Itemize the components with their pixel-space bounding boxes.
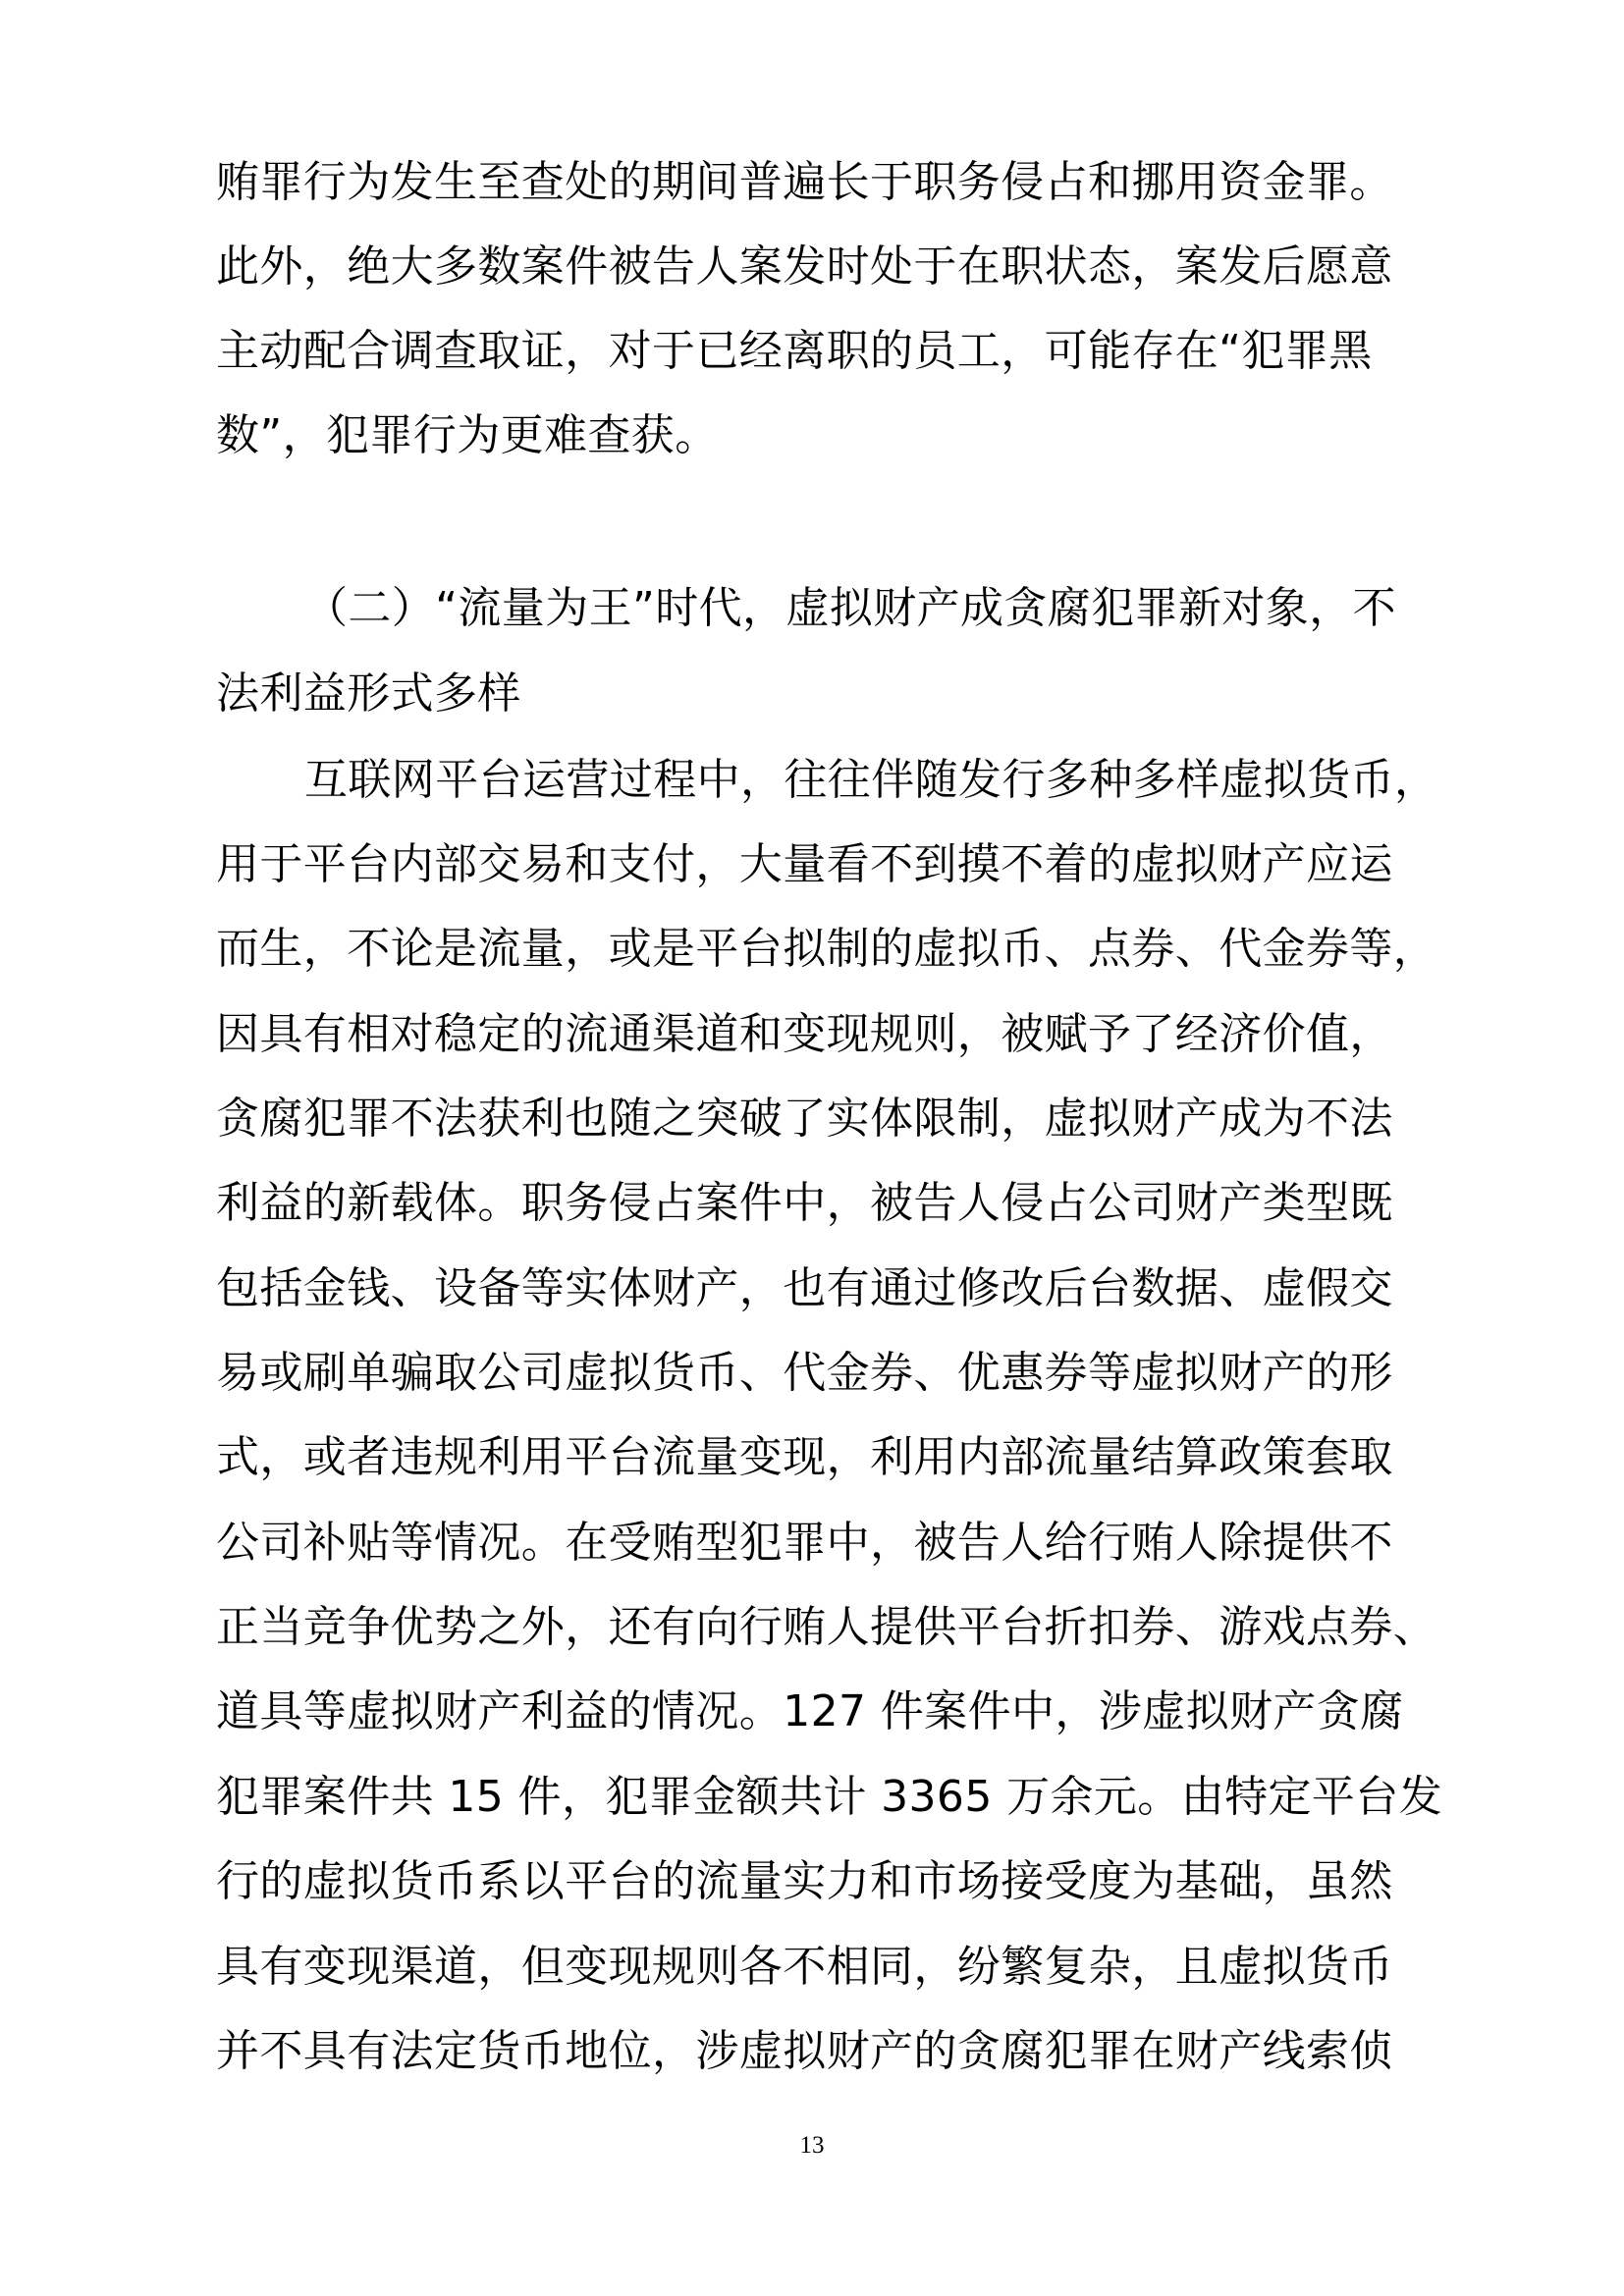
- text-line: 贪腐犯罪不法获利也随之突破了实体限制，虚拟财产成为不法: [216, 1090, 1414, 1148]
- text-line: 易或刷单骗取公司虚拟货币、代金券、优惠券等虚拟财产的形: [216, 1344, 1414, 1403]
- text-line: 具有变现渠道，但变现规则各不相同，纷繁复杂，且虚拟货币: [216, 1938, 1414, 1997]
- text-line: 用于平台内部交易和支付，大量看不到摸不着的虚拟财产应运: [216, 835, 1414, 894]
- heading-line: 法利益形式多样: [216, 665, 1414, 723]
- text-line: 而生，不论是流量，或是平台拟制的虚拟币、点券、代金券等，: [216, 920, 1414, 979]
- text-line: 包括金钱、设备等实体财产，也有通过修改后台数据、虚假交: [216, 1259, 1414, 1318]
- text-line: 利益的新载体。职务侵占案件中，被告人侵占公司财产类型既: [216, 1174, 1414, 1233]
- text-line: 行的虚拟货币系以平台的流量实力和市场接受度为基础，虽然: [216, 1852, 1414, 1911]
- text-line: 道具等虚拟财产利益的情况。127 件案件中，涉虚拟财产贪腐: [216, 1682, 1414, 1741]
- text-line: 正当竞争优势之外，还有向行贿人提供平台折扣券、游戏点券、: [216, 1598, 1414, 1657]
- text-line: 主动配合调查取证，对于已经离职的员工，可能存在“犯罪黑: [216, 322, 1414, 381]
- text-line: 此外，绝大多数案件被告人案发时处于在职状态，案发后愿意: [216, 238, 1414, 296]
- text-line: 贿罪行为发生至查处的期间普遍长于职务侵占和挪用资金罪。: [216, 153, 1414, 212]
- text-line: 因具有相对稳定的流通渠道和变现规则，被赋予了经济价值，: [216, 1005, 1414, 1064]
- page-number: 13: [0, 2132, 1624, 2160]
- text-line: 互联网平台运营过程中，往往伴随发行多种多样虚拟货币，: [304, 751, 1414, 810]
- text-line: 公司补贴等情况。在受贿型犯罪中，被告人给行贿人除提供不: [216, 1514, 1414, 1573]
- text-line: 式，或者违规利用平台流量变现，利用内部流量结算政策套取: [216, 1428, 1414, 1487]
- heading-line: （二）“流量为王”时代，虚拟财产成贪腐犯罪新对象，不: [304, 579, 1414, 638]
- text-line: 数”，犯罪行为更难查获。: [216, 406, 1414, 465]
- text-line: 犯罪案件共 15 件，犯罪金额共计 3365 万余元。由特定平台发: [216, 1768, 1414, 1827]
- text-line: 并不具有法定货币地位，涉虚拟财产的贪腐犯罪在财产线索侦: [216, 2022, 1414, 2081]
- document-page: 贿罪行为发生至查处的期间普遍长于职务侵占和挪用资金罪。 此外，绝大多数案件被告人…: [0, 0, 1624, 2296]
